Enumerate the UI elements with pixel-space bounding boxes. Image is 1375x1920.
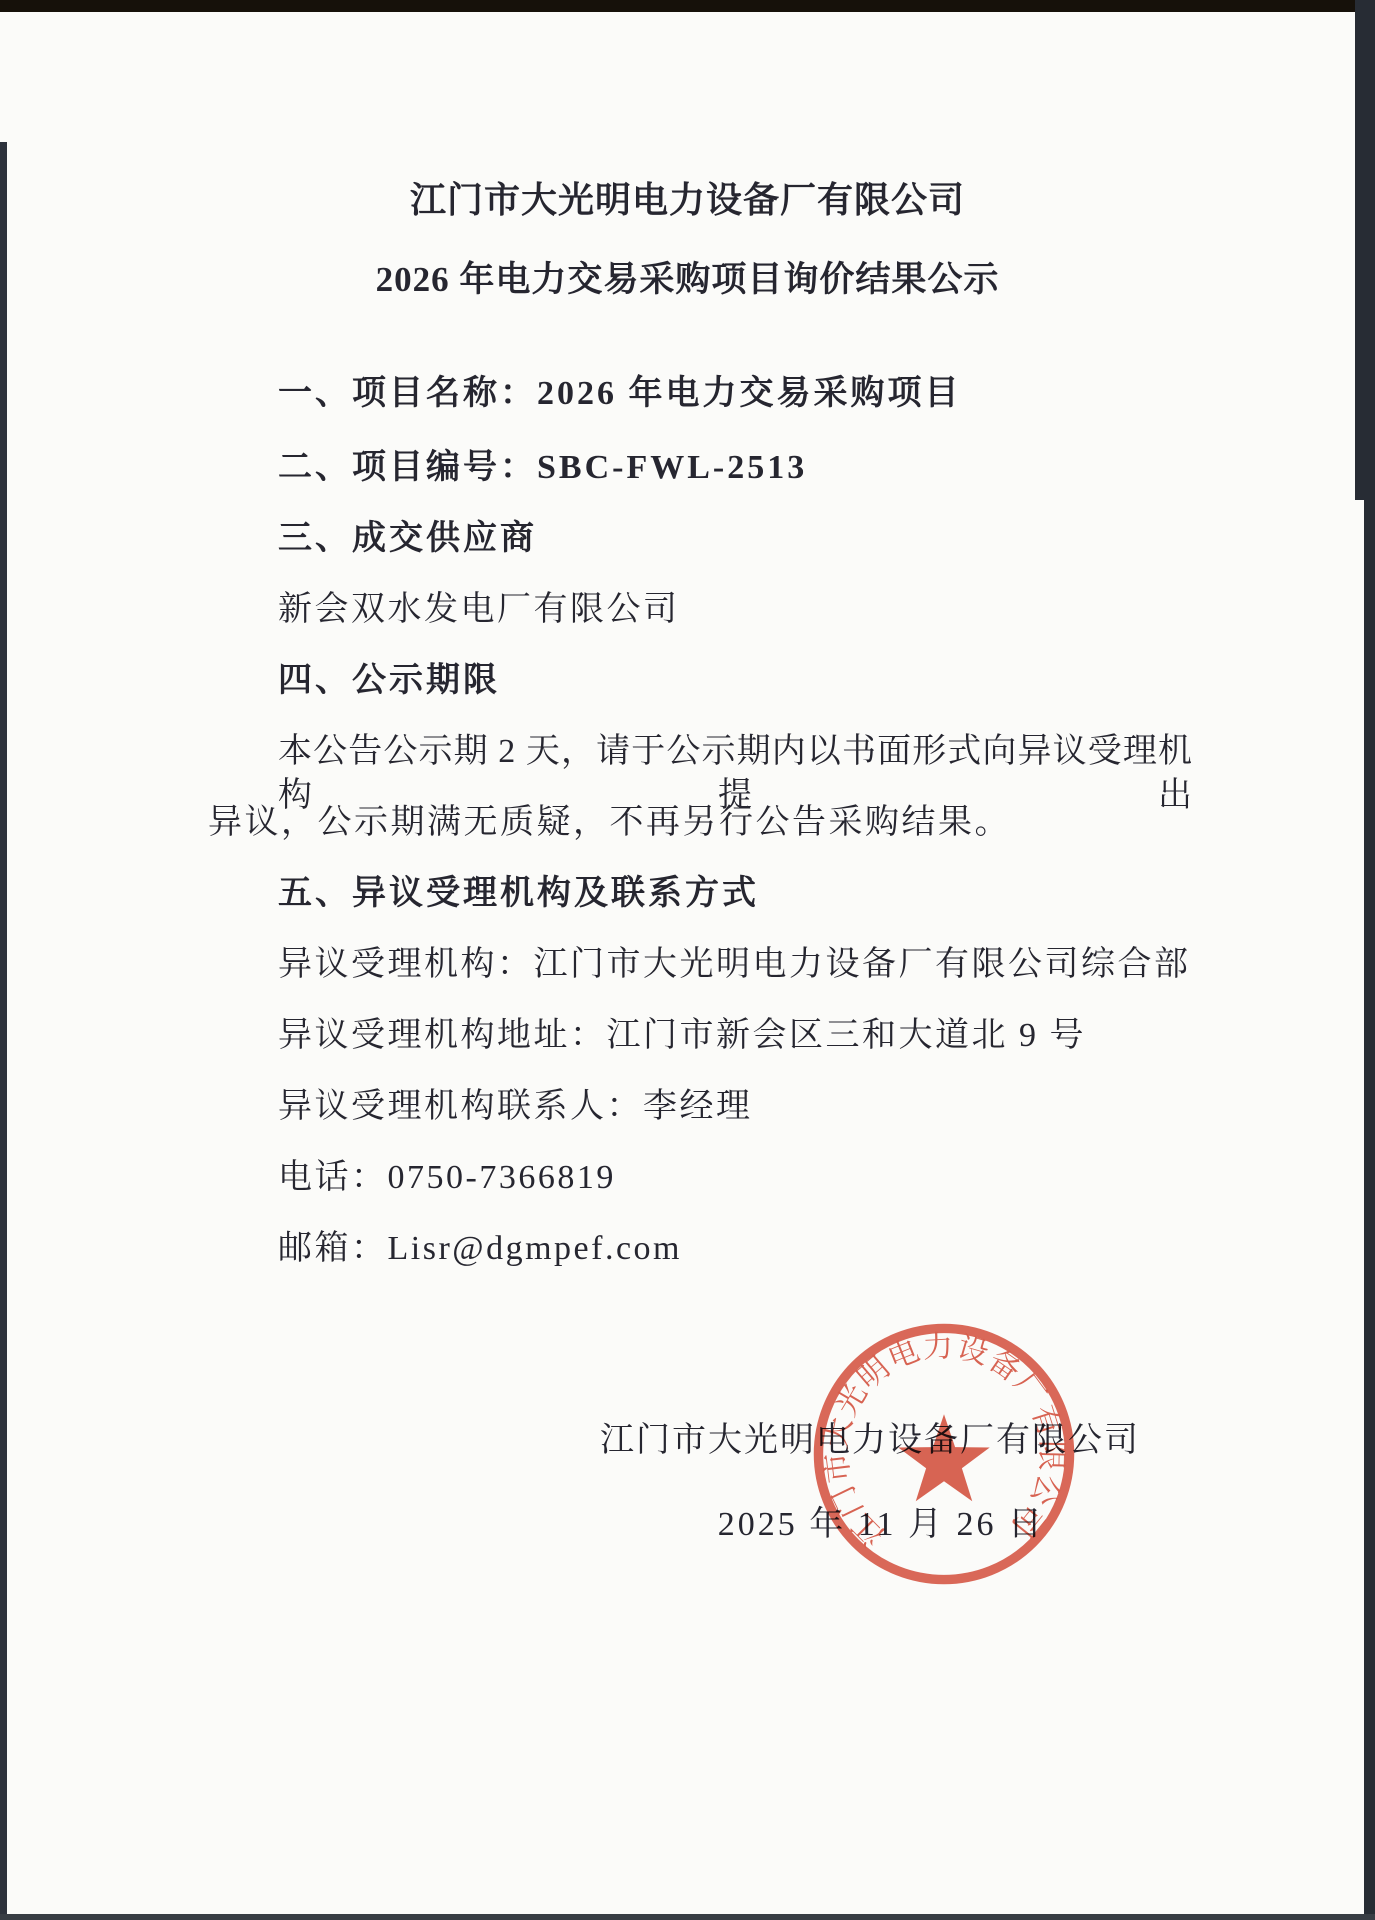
body-line-contact-address: 异议受理机构地址：江门市新会区三和大道北 9 号: [278, 1014, 1086, 1058]
scanned-document-page: 江门市大光明电力设备厂有限公司 2026 年电力交易采购项目询价结果公示 一、项…: [0, 0, 1375, 1920]
body-line-period-heading: 四、公示期限: [278, 659, 500, 703]
body-line-project-name: 一、项目名称：2026 年电力交易采购项目: [278, 372, 962, 416]
body-line-project-number: 二、项目编号：SBC-FWL-2513: [278, 446, 807, 490]
body-line-contact-phone: 电话：0750-7366819: [278, 1156, 616, 1200]
company-seal: 江门市大光明电力设备厂有限公司: [808, 1318, 1080, 1590]
body-line-contact-org: 异议受理机构：江门市大光明电力设备厂有限公司综合部: [278, 943, 1191, 987]
seal-star: [898, 1414, 989, 1501]
scan-edge-bottom: [0, 1914, 1375, 1920]
body-line-contact-email: 邮箱：Lisr@dgmpef.com: [278, 1227, 682, 1271]
scan-edge-top: [0, 0, 1375, 12]
scan-edge-left: [0, 142, 7, 1920]
body-line-supplier-name: 新会双水发电厂有限公司: [278, 588, 680, 632]
body-line-contact-heading: 五、异议受理机构及联系方式: [278, 872, 759, 916]
document-title: 江门市大光明电力设备厂有限公司: [0, 172, 1375, 223]
body-line-notice-2: 异议，公示期满无质疑，不再另行公告采购结果。: [208, 801, 1011, 845]
body-line-contact-person: 异议受理机构联系人：李经理: [278, 1085, 753, 1129]
document-subtitle: 2026 年电力交易采购项目询价结果公示: [0, 252, 1375, 302]
body-line-supplier-heading: 三、成交供应商: [278, 517, 537, 561]
